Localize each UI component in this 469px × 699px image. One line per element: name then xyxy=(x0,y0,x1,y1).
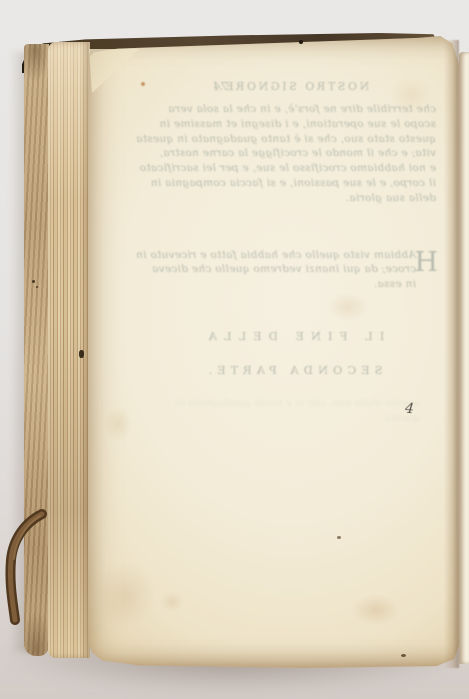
page-gutter xyxy=(444,40,459,668)
bleedthrough-line: in essa. xyxy=(150,277,416,292)
bleedthrough-line: della sua gloria. xyxy=(150,191,436,206)
pencil-mark: 4 xyxy=(404,401,414,418)
book-photograph: NOSTRO SIGNORE. 74 che terribile dire ne… xyxy=(0,0,469,699)
bleedthrough-text: NOSTRO SIGNORE. 74 che terribile dire ne… xyxy=(150,80,436,378)
colophon-line: IL FINE DELLA xyxy=(150,329,436,344)
bleedthrough-running-head: NOSTRO SIGNORE. 74 xyxy=(150,80,436,94)
facing-page-sliver xyxy=(459,52,469,664)
colophon-line: SECONDA PARTE. xyxy=(150,363,436,378)
running-title: NOSTRO SIGNORE. xyxy=(217,80,369,93)
binding-tie xyxy=(0,506,52,632)
bleedthrough-line: che terribile dire ne fors'è, e in che l… xyxy=(150,102,436,117)
page-number: 74 xyxy=(212,80,228,95)
bleedthrough-paragraph: H Abbiam visto quello che habbia fatto e… xyxy=(150,248,436,292)
bleedthrough-line: croce; da qui inanzi vedremo quello che … xyxy=(150,262,416,277)
bleedthrough-line: questo stato suo, che si è tanto guadagn… xyxy=(150,132,436,147)
bleedthrough-line: e noi habbiamo crocifisso le sue, e per … xyxy=(150,161,436,176)
bleedthrough-line: il corpo, e le sue passioni, e si faccia… xyxy=(150,176,436,191)
bleedthrough-line: scopo le sue operationi, e i disegni et … xyxy=(150,117,436,132)
bleedthrough-line: vita; e che il mondo le crocifigge la ca… xyxy=(150,146,436,161)
fanned-page-edges xyxy=(48,42,90,658)
deep-ghost-text: questo stato suo, che si è tanto guadagn… xyxy=(170,396,420,636)
drop-cap: H xyxy=(414,249,438,276)
bleedthrough-line: Abbiam visto quello che habbia fatto e r… xyxy=(150,248,416,263)
